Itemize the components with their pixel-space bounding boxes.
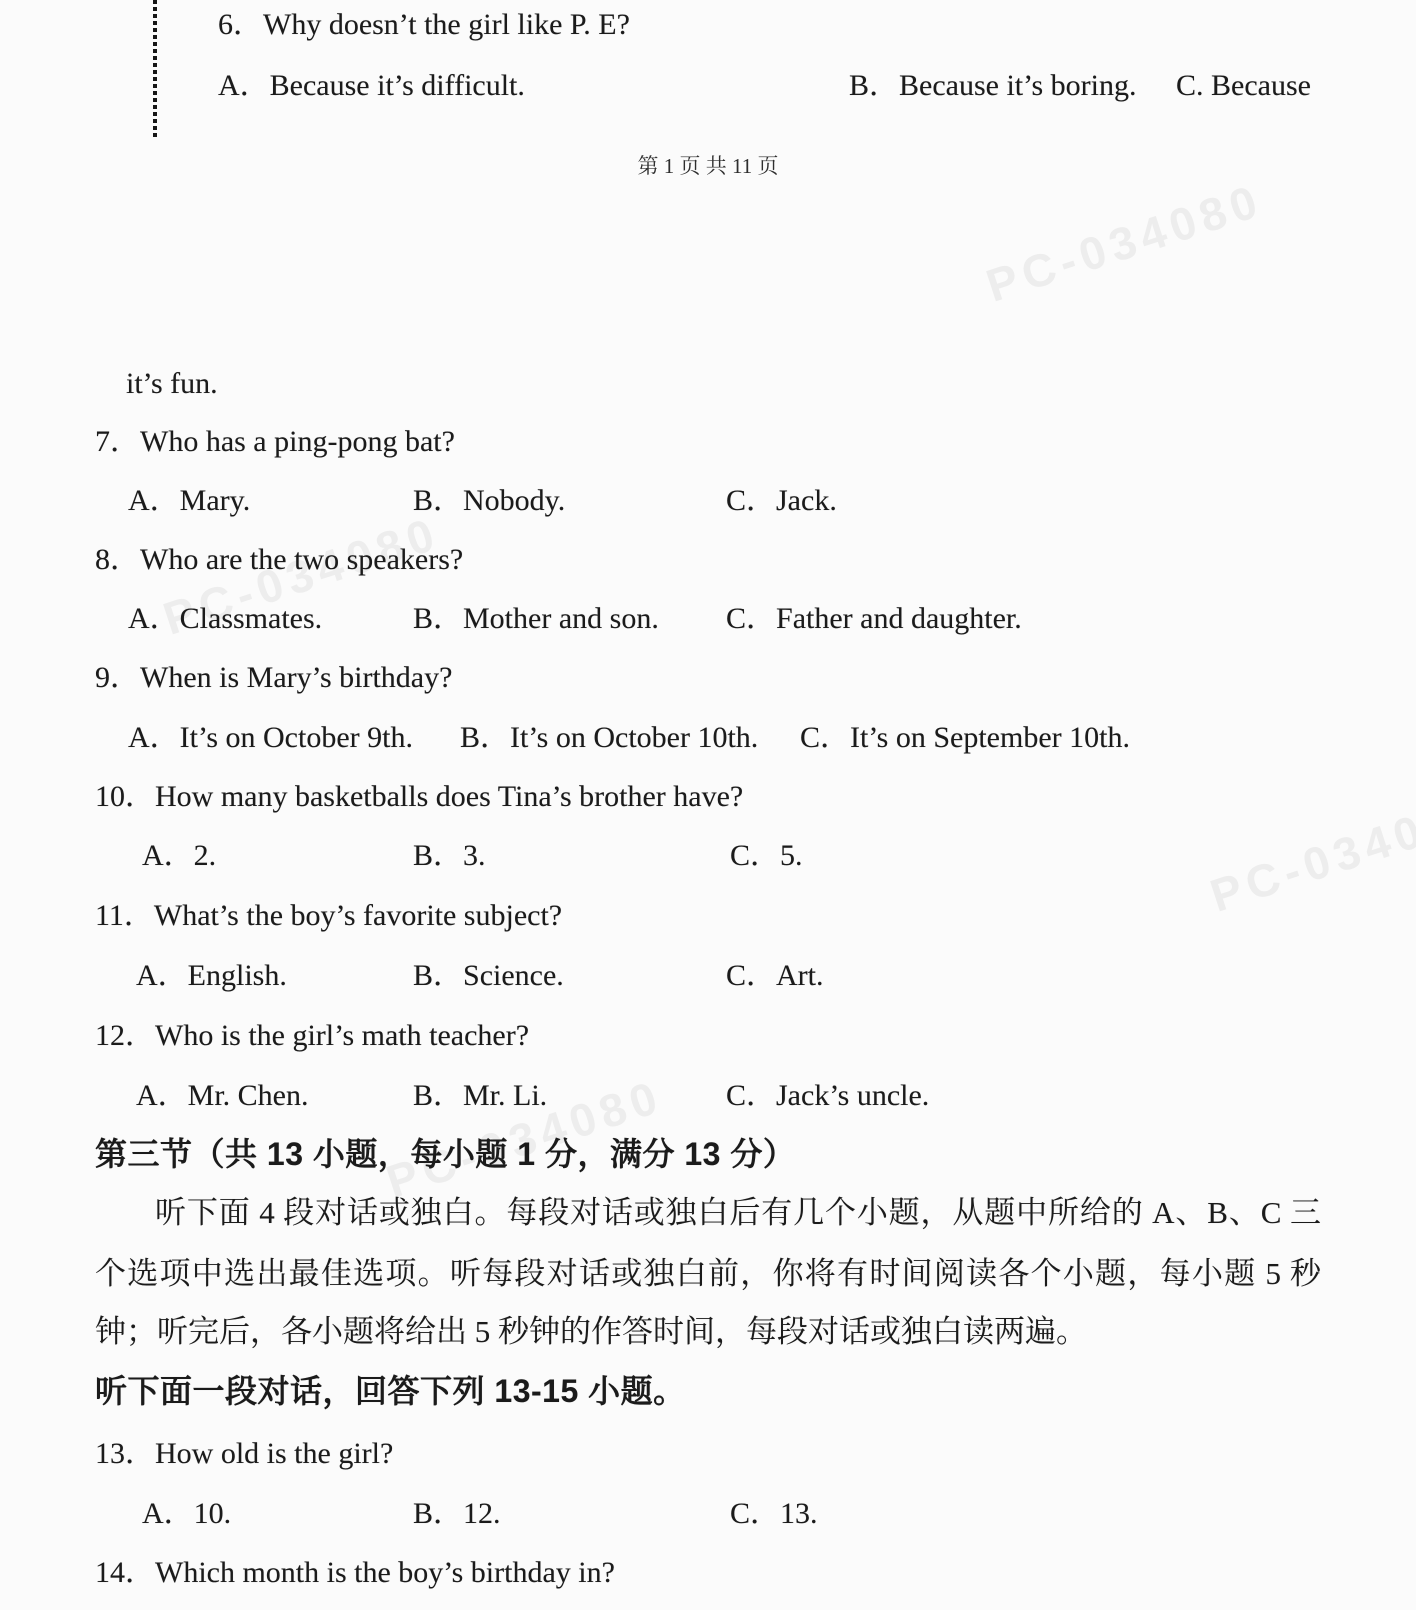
question-11-options: A．English. B．Science. C．Art.: [0, 957, 1416, 995]
question-10-option-b: B．3.: [413, 837, 486, 875]
question-13-options: A．10. B．12. C．13.: [0, 1495, 1416, 1533]
question-13-option-b: B．12.: [413, 1495, 501, 1533]
question-11-option-b: B．Science.: [413, 957, 564, 995]
section-3-heading: 第三节（共 13 小题，每小题 1 分，满分 13 分）: [95, 1134, 795, 1174]
question-7-option-b: B．Nobody.: [413, 482, 565, 520]
question-11-prompt: 11．What’s the boy’s favorite subject?: [95, 897, 562, 935]
question-13-option-c: C．13.: [730, 1495, 818, 1533]
page-footer: 第 1 页 共 11 页: [0, 152, 1416, 180]
question-12-option-b: B．Mr. Li.: [413, 1077, 547, 1115]
section-3-instructions-line-2: 个选项中选出最佳选项。听每段对话或独白前，你将有时间阅读各个小题，每小题 5 秒: [95, 1254, 1321, 1296]
question-9-option-b: B．It’s on October 10th.: [460, 719, 758, 757]
question-8-option-b: B．Mother and son.: [413, 600, 659, 638]
question-9-option-c: C．It’s on September 10th.: [800, 719, 1130, 757]
section-3-instructions-line-3: 钟；听完后，各小题将给出 5 秒钟的作答时间，每段对话或独白读两遍。: [95, 1312, 1087, 1352]
question-12-option-a: A．Mr. Chen.: [136, 1077, 309, 1115]
question-6-option-a: A．Because it’s difficult.: [218, 67, 525, 105]
question-7-option-c: C．Jack.: [726, 482, 837, 520]
question-11-option-c: C．Art.: [726, 957, 824, 995]
question-7-prompt: 7．Who has a ping-pong bat?: [95, 423, 455, 461]
question-12-option-c: C．Jack’s uncle.: [726, 1077, 929, 1115]
dialogue-header-13-15: 听下面一段对话，回答下列 13-15 小题。: [95, 1371, 686, 1411]
section-3-instructions-line-1: 听下面 4 段对话或独白。每段对话或独白后有几个小题，从题中所给的 A、B、C …: [155, 1193, 1321, 1235]
question-8-prompt: 8．Who are the two speakers?: [95, 541, 463, 579]
question-12-options: A．Mr. Chen. B．Mr. Li. C．Jack’s uncle.: [0, 1077, 1416, 1115]
question-10-option-c: C．5.: [730, 837, 803, 875]
question-6-options: A．Because it’s difficult. B．Because it’s…: [0, 67, 1416, 105]
question-10-option-a: A．2.: [142, 837, 216, 875]
question-6-option-c-continuation: it’s fun.: [126, 365, 218, 403]
question-9-option-a: A．It’s on October 9th.: [128, 719, 413, 757]
question-13-option-a: A．10.: [142, 1495, 231, 1533]
exam-paper-page: PC-034080 PC-034080 PC-034080 PC-034080 …: [0, 0, 1416, 1610]
question-6-option-b: B．Because it’s boring.: [849, 67, 1136, 105]
question-8-options: A．Classmates. B．Mother and son. C．Father…: [0, 600, 1416, 638]
question-11-option-a: A．English.: [136, 957, 287, 995]
question-12-prompt: 12．Who is the girl’s math teacher?: [95, 1017, 529, 1055]
question-10-options: A．2. B．3. C．5.: [0, 837, 1416, 875]
question-14-prompt: 14．Which month is the boy’s birthday in?: [95, 1554, 615, 1592]
question-6-prompt: 6．Why doesn’t the girl like P. E?: [218, 6, 630, 44]
question-7-option-a: A．Mary.: [128, 482, 250, 520]
watermark: PC-034080: [980, 175, 1268, 311]
question-13-prompt: 13．How old is the girl?: [95, 1435, 393, 1473]
question-8-option-a: A．Classmates.: [128, 600, 322, 638]
question-8-option-c: C．Father and daughter.: [726, 600, 1022, 638]
question-9-prompt: 9．When is Mary’s birthday?: [95, 659, 452, 697]
question-10-prompt: 10．How many basketballs does Tina’s brot…: [95, 778, 743, 816]
question-9-options: A．It’s on October 9th. B．It’s on October…: [0, 719, 1416, 757]
question-6-option-c: C. Because: [1176, 67, 1311, 105]
question-7-options: A．Mary. B．Nobody. C．Jack.: [0, 482, 1416, 520]
